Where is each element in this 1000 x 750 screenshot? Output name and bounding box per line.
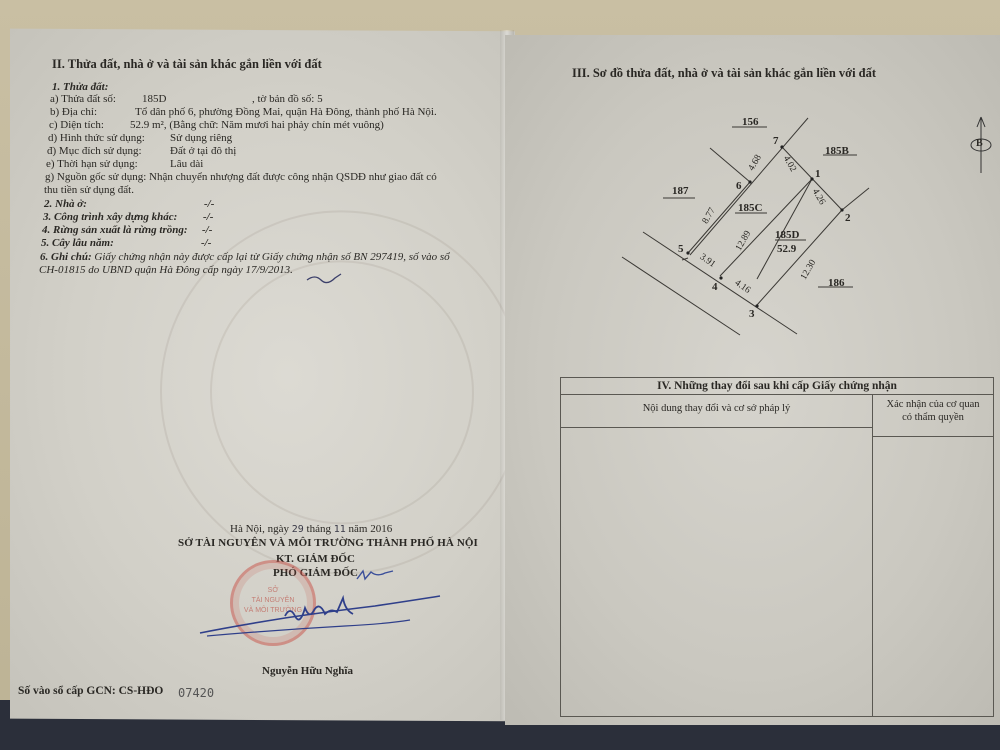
parcel-number-value: 185D bbox=[142, 93, 252, 105]
field-usage-term: e) Thời hạn sử dụng:Lâu dài bbox=[46, 158, 203, 170]
field-address: b) Địa chỉ:Tổ dân phố 6, phường Đồng Mai… bbox=[50, 106, 437, 118]
position-initials bbox=[355, 567, 395, 583]
note-line1: 6. Ghi chú: Giấy chứng nhận này được cấp… bbox=[40, 251, 450, 263]
field-area: c) Diện tích:52.9 m², (Bằng chữ: Năm mươ… bbox=[49, 119, 384, 131]
signer-name: Nguyễn Hữu Nghĩa bbox=[262, 665, 353, 677]
issue-month: 11 bbox=[334, 524, 346, 535]
section-iii-title: III. Sơ đồ thửa đất, nhà ở và tài sản kh… bbox=[572, 66, 876, 81]
item-house: 2. Nhà ở:-/- bbox=[44, 198, 214, 210]
point-7: 7 bbox=[773, 135, 779, 147]
item-production-forest: 4. Rừng sản xuất là rừng trồng:-/- bbox=[42, 224, 212, 236]
usage-origin-line2: thu tiền sử dụng đất. bbox=[44, 184, 134, 196]
issuing-agency: SỞ TÀI NGUYÊN VÀ MÔI TRƯỜNG THÀNH PHỐ HÀ… bbox=[178, 537, 478, 549]
issue-date: Hà Nội, ngày 29 tháng 11 năm 2016 bbox=[230, 523, 392, 535]
point-6: 6 bbox=[736, 180, 742, 192]
item-perennial-trees: 5. Cây lâu năm:-/- bbox=[41, 237, 211, 249]
field-parcel-number: a) Thửa đất số:185D, tờ bản đồ số: 5 bbox=[50, 93, 323, 105]
area-value: 52.9 m², (Bằng chữ: Năm mươi hai phảy ch… bbox=[130, 119, 384, 131]
neighbor-187: 187 bbox=[672, 185, 689, 197]
address-value: Tổ dân phố 6, phường Đồng Mai, quận Hà Đ… bbox=[135, 106, 437, 118]
map-sheet-number: , tờ bản đồ số: 5 bbox=[252, 93, 323, 105]
usage-origin-line1: g) Nguồn gốc sử dụng: Nhận chuyển nhượng… bbox=[45, 171, 437, 183]
point-5: 5 bbox=[678, 243, 684, 255]
registry-number: 07420 bbox=[178, 686, 214, 700]
watermark-emblem-inner bbox=[210, 260, 474, 525]
field-usage-purpose: đ) Mục đích sử dụng:Đất ở tại đô thị bbox=[47, 145, 236, 157]
handwritten-signature bbox=[195, 588, 445, 643]
neighbor-185b: 185B bbox=[825, 145, 849, 157]
parcel-id-label: 185D bbox=[775, 229, 799, 241]
neighbor-185c: 185C bbox=[738, 202, 762, 214]
land-parcel-heading: 1. Thửa đất: bbox=[52, 81, 108, 93]
usage-purpose-value: Đất ở tại đô thị bbox=[170, 145, 236, 157]
usage-term-value: Lâu dài bbox=[170, 158, 203, 170]
neighbor-156: 156 bbox=[742, 116, 759, 128]
changes-table-title: IV. Những thay đổi sau khi cấp Giấy chứn… bbox=[561, 378, 993, 395]
parcel-area-label: 52.9 bbox=[777, 243, 796, 255]
usage-form-value: Sử dụng riêng bbox=[170, 132, 232, 144]
point-1: 1 bbox=[815, 168, 821, 180]
changes-column-content: Nội dung thay đổi và cơ sở pháp lý bbox=[561, 395, 873, 428]
point-2: 2 bbox=[845, 212, 851, 224]
changes-table: IV. Những thay đổi sau khi cấp Giấy chứn… bbox=[560, 377, 994, 717]
changes-column-confirmation: Xác nhận của cơ quan có thẩm quyền bbox=[873, 395, 993, 437]
field-usage-form: d) Hình thức sử dụng:Sử dụng riêng bbox=[48, 132, 232, 144]
item-other-construction: 3. Công trình xây dựng khác:-/- bbox=[43, 211, 213, 223]
neighbor-186: 186 bbox=[828, 277, 845, 289]
note-line2: CH-01815 do UBND quận Hà Đông cấp ngày 1… bbox=[39, 264, 293, 276]
point-4: 4 bbox=[712, 281, 718, 293]
north-label: B bbox=[976, 138, 983, 149]
initials-scribble bbox=[305, 270, 345, 286]
point-3: 3 bbox=[749, 308, 755, 320]
issue-day: 29 bbox=[292, 524, 304, 535]
registry-label: Số vào sổ cấp GCN: CS-HĐO bbox=[18, 685, 163, 697]
changes-content-cell bbox=[561, 428, 873, 716]
section-ii-title: II. Thửa đất, nhà ở và tài sản khác gắn … bbox=[52, 57, 322, 72]
changes-confirmation-cell bbox=[873, 434, 993, 716]
note-label: 6. Ghi chú: bbox=[40, 251, 92, 263]
